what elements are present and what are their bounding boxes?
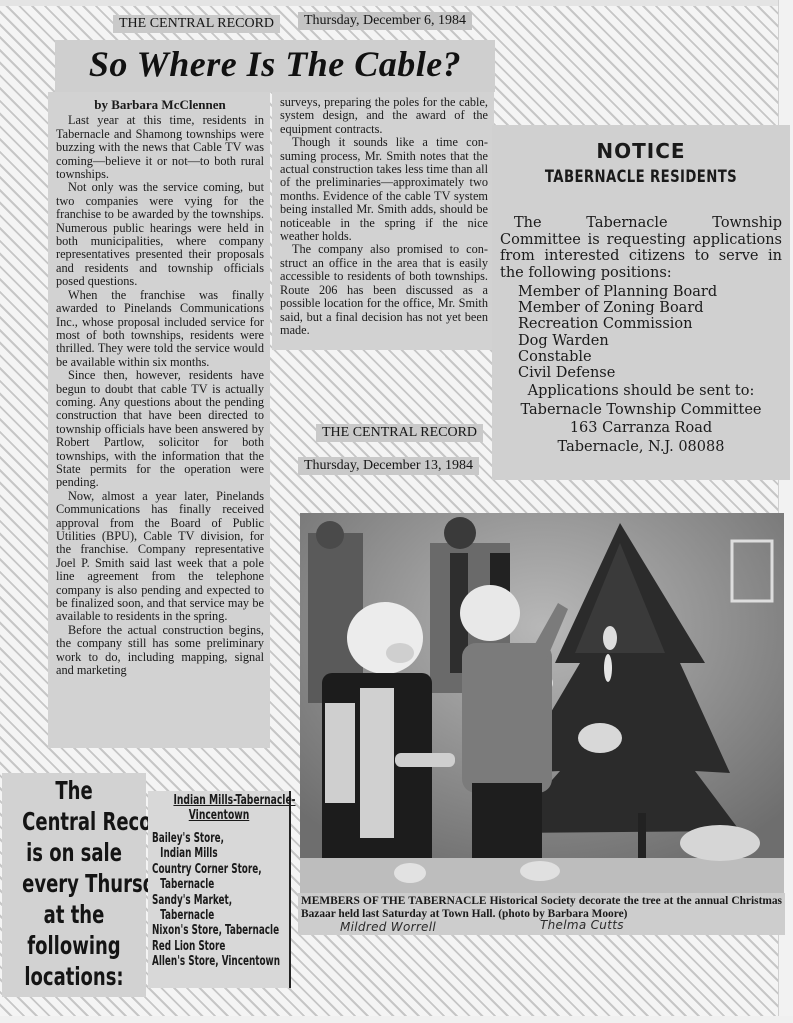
address-line: Tabernacle Township Committee — [500, 402, 782, 419]
send-instructions: Applications should be sent to: — [500, 383, 782, 400]
caption-bold: MEMBERS OF THE TABERNACLE — [301, 895, 487, 907]
position-item: Civil Defense — [518, 365, 782, 381]
date-label: Thursday, December 6, 1984 — [298, 12, 472, 30]
masthead-label: THE CENTRAL RECORD — [113, 15, 280, 33]
position-item: Recreation Commission — [518, 316, 782, 332]
article-paragraph: Before the actual construction begins, t… — [56, 624, 264, 678]
article-column-2: surveys, preparing the poles for the cab… — [272, 92, 494, 350]
article-paragraph: Last year at this time, residents in Tab… — [56, 114, 264, 181]
masthead-label-2: THE CENTRAL RECORD — [316, 424, 483, 442]
location-item: Sandy's Market, — [152, 893, 288, 908]
sale-locations-box: Indian Mills-Tabernacle- Vincentown Bail… — [148, 791, 291, 988]
promo-line: following — [22, 930, 126, 961]
position-item: Dog Warden — [518, 333, 782, 349]
photo-image — [300, 513, 784, 893]
location-item: Red Lion Store — [152, 939, 288, 954]
location-item: Allen's Store, Vincentown — [152, 954, 288, 969]
article-paragraph: Now, almost a year later, Pinelands Comm… — [56, 490, 264, 624]
promo-line: The — [22, 775, 126, 806]
locations-heading-2: Vincentown — [173, 808, 264, 823]
position-item: Constable — [518, 349, 782, 365]
positions-list: Member of Planning Board Member of Zonin… — [518, 284, 782, 381]
promo-line: is on sale — [22, 837, 126, 868]
handwritten-name-left: Mildred Worrell — [340, 920, 436, 934]
article-byline: by Barbara McClennen — [56, 98, 264, 111]
article-paragraph: The company also promised to con­struct … — [280, 243, 488, 337]
position-item: Member of Zoning Board — [518, 300, 782, 316]
location-item: Bailey's Store, — [152, 831, 288, 846]
locations-heading: Indian Mills-Tabernacle- — [173, 793, 264, 808]
notice-box: NOTICE TABERNACLE RESIDENTS The Tabernac… — [492, 125, 790, 480]
article-paragraph: Though it sounds like a time con­suming … — [280, 136, 488, 243]
notice-title: NOTICE — [500, 139, 782, 163]
promo-line: Central Record — [22, 806, 126, 837]
address-line: Tabernacle, N.J. 08088 — [500, 439, 782, 456]
notice-subtitle: TABERNACLE RESIDENTS — [531, 167, 751, 187]
article-headline: So Where Is The Cable? — [55, 40, 495, 92]
position-item: Member of Planning Board — [518, 284, 782, 300]
location-item: Tabernacle — [152, 908, 288, 923]
article-paragraph: When the franchise was finally awarded t… — [56, 289, 264, 369]
page-edge-bottom — [0, 1016, 793, 1023]
date-label-2: Thursday, December 13, 1984 — [298, 457, 479, 475]
notice-body-text: The Tabernacle Township Committee is req… — [500, 215, 782, 281]
christmas-tree-photo — [300, 513, 784, 893]
article-paragraph: Not only was the service coming, but two… — [56, 181, 264, 288]
location-item: Tabernacle — [152, 877, 288, 892]
article-paragraph: surveys, preparing the poles for the cab… — [280, 96, 488, 136]
promo-line: at the — [22, 899, 126, 930]
locations-list: Bailey's Store, Indian Mills Country Cor… — [152, 831, 286, 970]
promo-line: every Thursday — [22, 868, 126, 899]
handwritten-name-right: Thelma Cutts — [540, 918, 624, 932]
location-item: Nixon's Store, Tabernacle — [152, 923, 288, 938]
sale-promo-box: The Central Record is on sale every Thur… — [2, 773, 146, 997]
article-column-1: by Barbara McClennen Last year at this t… — [48, 92, 270, 748]
promo-line: locations: — [22, 961, 126, 992]
article-paragraph: Since then, however, residents have begu… — [56, 369, 264, 490]
address-line: 163 Carranza Road — [500, 420, 782, 437]
location-item: Country Corner Store, — [152, 862, 288, 877]
location-item: Indian Mills — [152, 846, 288, 861]
